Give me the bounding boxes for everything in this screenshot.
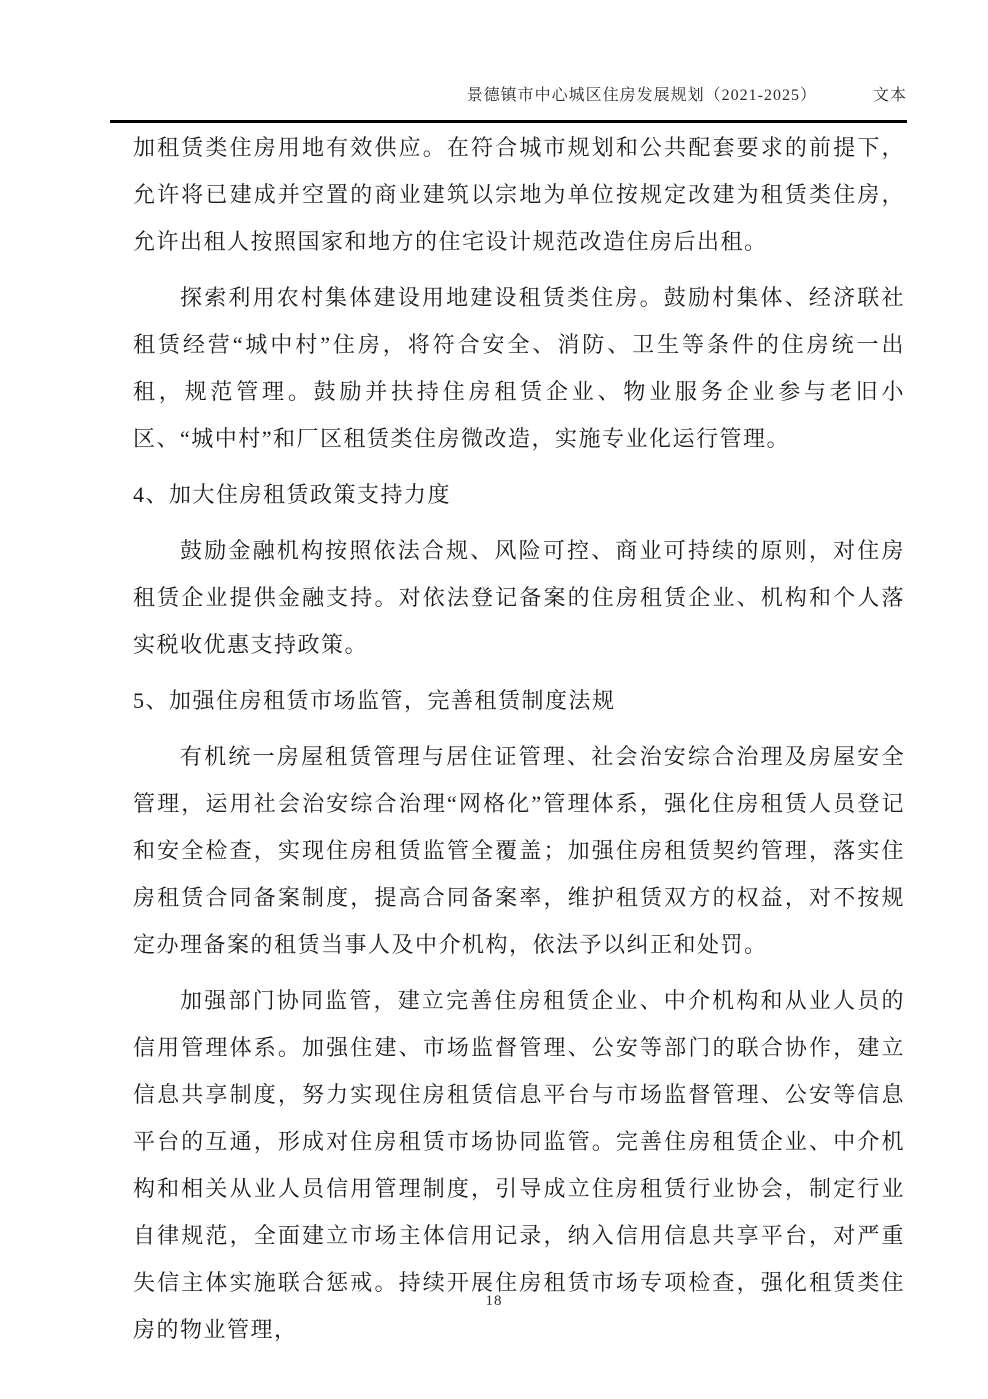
page-number: 18	[486, 1293, 503, 1309]
section-heading-5: 5、加强住房租赁市场监管，完善租赁制度法规	[133, 677, 905, 724]
page-footer: 18	[0, 1292, 988, 1310]
header-doc-type-label: 文本	[873, 82, 907, 105]
document-page: 景德镇市中心城区住房发展规划（2021-2025） 文本 加租赁类住房用地有效供…	[0, 0, 988, 1399]
paragraph-rural-collective-land: 探索利用农村集体建设用地建设租赁类住房。鼓励村集体、经济联社租赁经营“城中村”住…	[133, 274, 905, 462]
paragraph-rental-market-supervision: 有机统一房屋租赁管理与居住证管理、社会治安综合治理及房屋安全管理，运用社会治安综…	[133, 733, 905, 968]
header-divider-line	[110, 120, 907, 123]
paragraph-rental-land-supply: 加租赁类住房用地有效供应。在符合城市规划和公共配套要求的前提下，允许将已建成并空…	[133, 124, 905, 265]
document-body: 加租赁类住房用地有效供应。在符合城市规划和公共配套要求的前提下，允许将已建成并空…	[133, 124, 905, 1362]
page-header: 景德镇市中心城区住房发展规划（2021-2025） 文本	[110, 82, 907, 105]
paragraph-financial-support: 鼓励金融机构按照依法合规、风险可控、商业可持续的原则，对住房租赁企业提供金融支持…	[133, 527, 905, 668]
header-title: 景德镇市中心城区住房发展规划（2021-2025）	[467, 82, 817, 105]
section-heading-4: 4、加大住房租赁政策支持力度	[133, 471, 905, 518]
